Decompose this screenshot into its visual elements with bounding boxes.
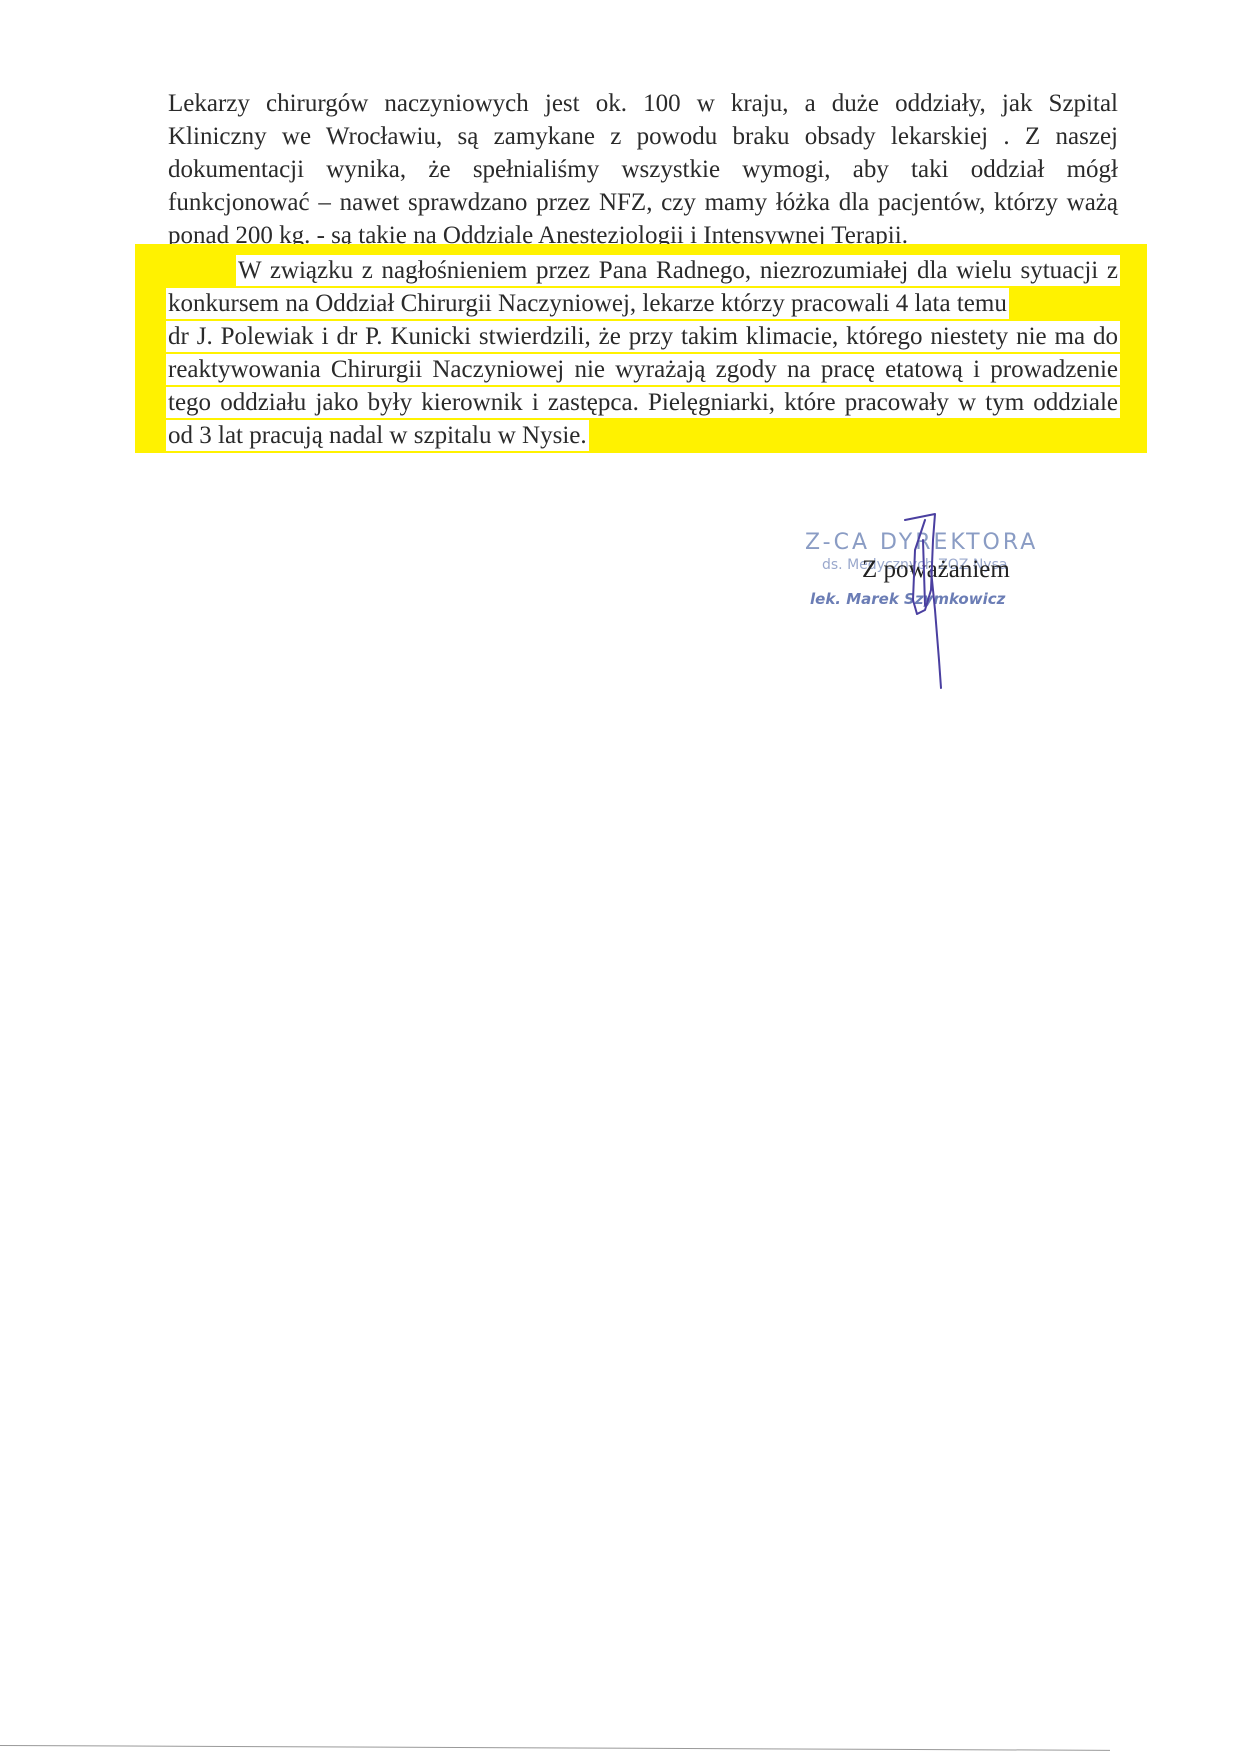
text-line: dr J. Polewiak i dr P. Kunicki stwierdzi… (168, 320, 1118, 353)
paragraph-highlighted-statement: W związku z nagłośnieniem przez Pana Rad… (168, 254, 1118, 452)
text-line: Lekarzy chirurgów naczyniowych jest ok. … (168, 87, 1118, 120)
text-line: Kliniczny we Wrocławiu, są zamykane z po… (168, 120, 1118, 153)
text-line: funkcjonować – nawet sprawdzano przez NF… (168, 186, 1118, 219)
text-line: W związku z nagłośnieniem przez Pana Rad… (168, 254, 1118, 287)
text-line: reaktywowania Chirurgii Naczyniowej nie … (168, 353, 1118, 386)
text-line: tego oddziału jako były kierownik i zast… (168, 386, 1118, 419)
text-line: od 3 lat pracują nadal w szpitalu w Nysi… (168, 419, 1118, 452)
handwritten-signature (895, 510, 965, 690)
text-line: dokumentacji wynika, że spełnialiśmy wsz… (168, 153, 1118, 186)
text-line: konkursem na Oddział Chirurgii Naczyniow… (168, 287, 1118, 320)
paragraph-doctors-shortage: Lekarzy chirurgów naczyniowych jest ok. … (168, 87, 1118, 252)
page-bottom-rule (0, 1745, 1110, 1751)
